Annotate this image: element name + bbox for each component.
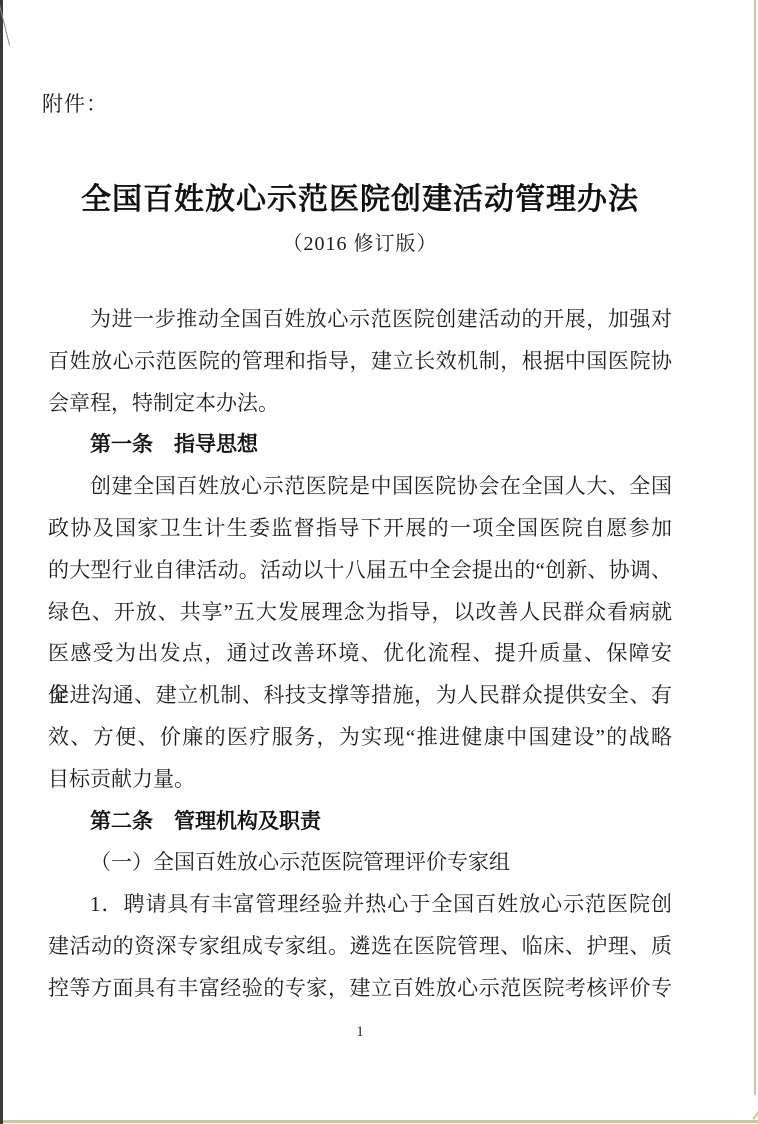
text-line: 创建全国百姓放心示范医院是中国医院协会在全国人大、全国 [48, 466, 672, 508]
text-line: 会章程，特制定本办法。 [48, 383, 672, 425]
text-line: 控等方面具有丰富经验的专家，建立百姓放心示范医院考核评价专 [48, 968, 672, 1010]
attachment-label: 附件： [42, 88, 108, 118]
section-heading: 第二条 管理机构及职责 [48, 801, 672, 843]
document-title: 全国百姓放心示范医院创建活动管理办法 [48, 174, 672, 218]
text-line: 1．聘请具有丰富管理经验并热心于全国百姓放心示范医院创 [48, 884, 672, 926]
text-line: 促进沟通、建立机制、科技支撑等措施，为人民群众提供安全、有 [48, 675, 672, 717]
text-line: 绿色、开放、共享”五大发展理念为指导，以改善人民群众看病就 [48, 592, 672, 634]
text-line: 为进一步推动全国百姓放心示范医院创建活动的开展，加强对 [48, 299, 672, 341]
text-line: 政协及国家卫生计生委监督指导下开展的一项全国医院自愿参加 [48, 508, 672, 550]
page-edge-bottom-line [3, 1120, 758, 1123]
page-edge-right-line [754, 0, 756, 1095]
text-line: 效、方便、价廉的医疗服务，为实现“推进健康中国建设”的战略 [48, 717, 672, 759]
text-line: 的大型行业自律活动。活动以十八届五中全会提出的“创新、协调、 [48, 550, 672, 592]
document-body: 为进一步推动全国百姓放心示范医院创建活动的开展，加强对百姓放心示范医院的管理和指… [48, 299, 672, 1010]
text-line: 建活动的资深专家组成专家组。遴选在医院管理、临床、护理、质 [48, 926, 672, 968]
text-line: 百姓放心示范医院的管理和指导，建立长效机制，根据中国医院协 [48, 341, 672, 383]
section-heading: 第一条 指导思想 [48, 424, 672, 466]
text-line: （一）全国百姓放心示范医院管理评价专家组 [48, 842, 672, 884]
page-number: 1 [48, 1024, 672, 1041]
bottom-right-corner-cut-line [752, 1091, 758, 1120]
text-line: 目标贡献力量。 [48, 759, 672, 801]
document-subtitle: （2016 修订版） [48, 227, 672, 256]
text-line: 医感受为出发点，通过改善环境、优化流程、提升质量、保障安全、 [48, 633, 672, 675]
scanned-document-page: 附件： 全国百姓放心示范医院创建活动管理办法 （2016 修订版） 为进一步推动… [0, 0, 758, 1124]
page-edge-left-line [0, 0, 3, 1124]
